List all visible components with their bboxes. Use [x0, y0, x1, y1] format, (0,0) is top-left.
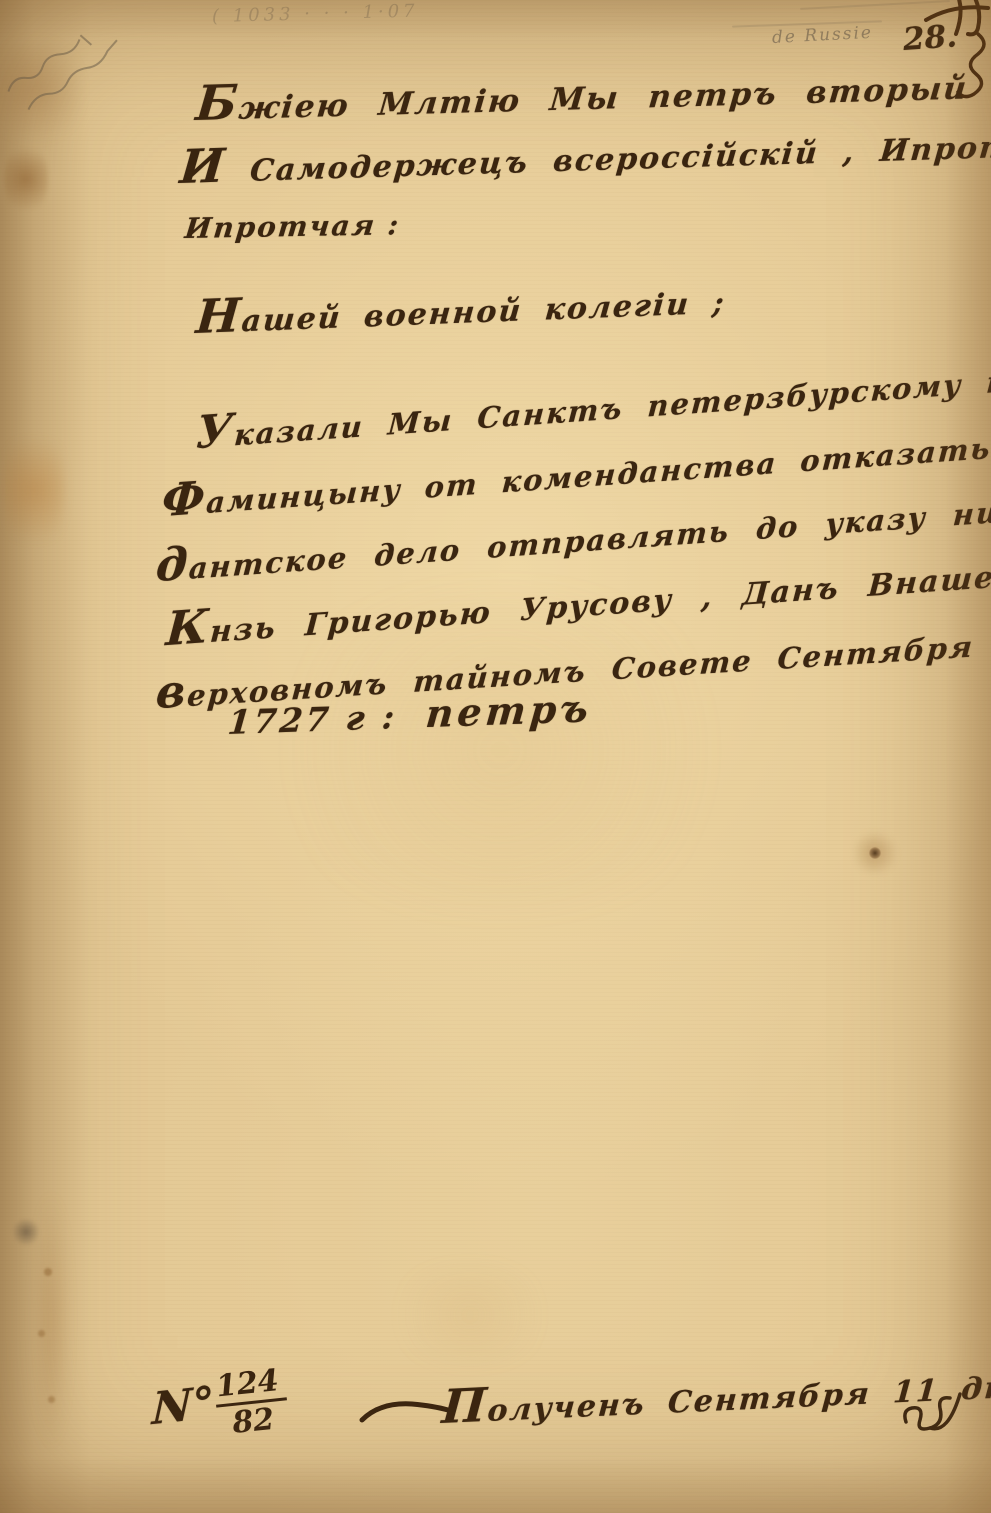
address-line: Нашей военной колегіи ; [194, 280, 727, 342]
speckle-2 [38, 1330, 45, 1337]
pencil-inventory-note: ( 1033 · · · 1·07 [212, 1, 419, 27]
stain-left-orange [4, 420, 64, 560]
registration-number-prefix: N° [151, 1377, 215, 1435]
speckle-3 [48, 1396, 55, 1403]
tsar-signature: петръ [424, 685, 594, 736]
received-paraph-icon [900, 1382, 964, 1440]
heading-line-3: Ипротчая : [183, 208, 402, 245]
registration-number-fraction: 124 82 [212, 1363, 290, 1443]
ink-blot [869, 847, 881, 859]
registration-number-bottom: 82 [231, 1402, 276, 1441]
ink-blot-halo [852, 830, 898, 876]
speckle-1 [44, 1268, 52, 1276]
registration-number-top: 124 [212, 1363, 286, 1408]
heading-line-2: И Самодержецъ всероссійскій , Ипротчая .… [178, 114, 991, 191]
pencil-origin-note: de Russie [771, 23, 873, 48]
stain-left-brown [4, 140, 48, 218]
stain-bottom-center [380, 1270, 560, 1360]
dateline-year: 1727 г : [226, 697, 399, 742]
stain-gray-dot [12, 1218, 40, 1246]
pencil-scribble-icon [0, 0, 200, 140]
heading-line-1: Бжіею Млтію Мы петръ вторый , Імперато [194, 57, 991, 128]
manuscript-page: ( 1033 · · · 1·07 de Russie 28. Бжіею Мл… [0, 0, 991, 1513]
received-opening-swash-icon [360, 1398, 450, 1424]
stain-left-streak [26, 1140, 76, 1500]
